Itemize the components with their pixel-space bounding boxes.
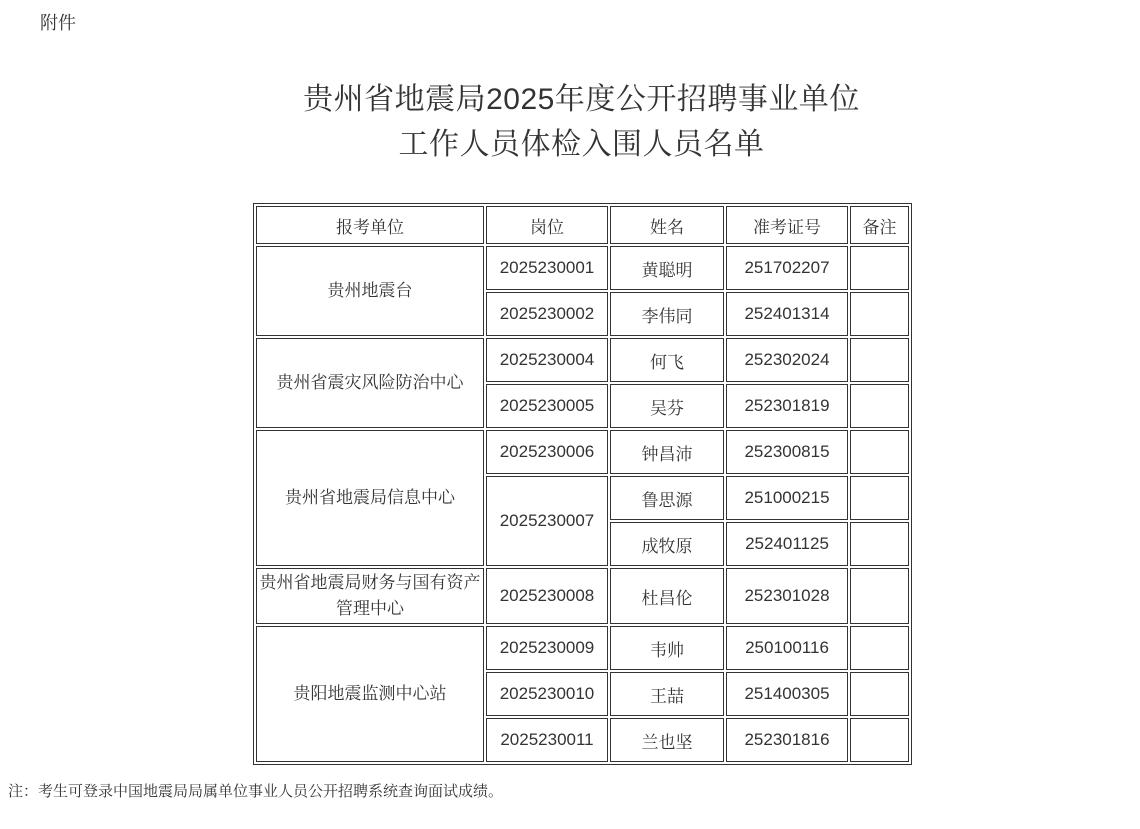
remark-cell — [850, 430, 909, 474]
ticket-cell: 251702207 — [726, 246, 848, 290]
ticket-cell: 252301028 — [726, 568, 848, 624]
unit-cell: 贵阳地震监测中心站 — [256, 626, 484, 762]
name-cell: 王喆 — [610, 672, 724, 716]
post-cell: 2025230007 — [486, 476, 608, 566]
post-cell: 2025230005 — [486, 384, 608, 428]
name-cell: 黄聪明 — [610, 246, 724, 290]
remark-cell — [850, 522, 909, 566]
header-remark: 备注 — [850, 206, 909, 244]
unit-cell: 贵州省地震局信息中心 — [256, 430, 484, 566]
footnote: 注：考生可登录中国地震局局属单位事业人员公开招聘系统查询面试成绩。 — [8, 780, 503, 801]
unit-cell: 贵州省震灾风险防治中心 — [256, 338, 484, 428]
remark-cell — [850, 338, 909, 382]
post-cell: 2025230004 — [486, 338, 608, 382]
table-row: 贵阳地震监测中心站 2025230009 韦帅 250100116 — [256, 626, 909, 670]
name-cell: 成牧原 — [610, 522, 724, 566]
post-cell: 2025230010 — [486, 672, 608, 716]
remark-cell — [850, 568, 909, 624]
post-cell: 2025230009 — [486, 626, 608, 670]
name-cell: 吴芬 — [610, 384, 724, 428]
post-cell: 2025230008 — [486, 568, 608, 624]
remark-cell — [850, 718, 909, 762]
name-cell: 韦帅 — [610, 626, 724, 670]
attachment-label: 附件 — [40, 9, 76, 35]
document-title-line1: 贵州省地震局2025年度公开招聘事业单位 — [253, 77, 910, 122]
post-cell: 2025230002 — [486, 292, 608, 336]
remark-cell — [850, 626, 909, 670]
unit-cell: 贵州地震台 — [256, 246, 484, 336]
header-ticket: 准考证号 — [726, 206, 848, 244]
header-name: 姓名 — [610, 206, 724, 244]
post-cell: 2025230001 — [486, 246, 608, 290]
unit-cell: 贵州省地震局财务与国有资产管理中心 — [256, 568, 484, 624]
table-row: 贵州省地震局财务与国有资产管理中心 2025230008 杜昌伦 2523010… — [256, 568, 909, 624]
table-header-row: 报考单位 岗位 姓名 准考证号 备注 — [256, 206, 909, 244]
name-cell: 兰也坚 — [610, 718, 724, 762]
table-row: 贵州省震灾风险防治中心 2025230004 何飞 252302024 — [256, 338, 909, 382]
table-row: 贵州省地震局信息中心 2025230006 钟昌沛 252300815 — [256, 430, 909, 474]
ticket-cell: 251400305 — [726, 672, 848, 716]
ticket-cell: 252401125 — [726, 522, 848, 566]
remark-cell — [850, 384, 909, 428]
name-cell: 杜昌伦 — [610, 568, 724, 624]
name-cell: 鲁思源 — [610, 476, 724, 520]
remark-cell — [850, 672, 909, 716]
ticket-cell: 252302024 — [726, 338, 848, 382]
post-cell: 2025230006 — [486, 430, 608, 474]
remark-cell — [850, 246, 909, 290]
document-title-line2: 工作人员体检入围人员名单 — [253, 122, 910, 167]
roster-table: 报考单位 岗位 姓名 准考证号 备注 贵州地震台 2025230001 黄聪明 … — [253, 203, 912, 765]
table-row: 贵州地震台 2025230001 黄聪明 251702207 — [256, 246, 909, 290]
name-cell: 何飞 — [610, 338, 724, 382]
ticket-cell: 252301819 — [726, 384, 848, 428]
ticket-cell: 252300815 — [726, 430, 848, 474]
ticket-cell: 252301816 — [726, 718, 848, 762]
name-cell: 李伟同 — [610, 292, 724, 336]
ticket-cell: 250100116 — [726, 626, 848, 670]
header-unit: 报考单位 — [256, 206, 484, 244]
header-post: 岗位 — [486, 206, 608, 244]
post-cell: 2025230011 — [486, 718, 608, 762]
remark-cell — [850, 476, 909, 520]
name-cell: 钟昌沛 — [610, 430, 724, 474]
ticket-cell: 251000215 — [726, 476, 848, 520]
document-title: 贵州省地震局2025年度公开招聘事业单位 工作人员体检入围人员名单 — [253, 77, 910, 167]
ticket-cell: 252401314 — [726, 292, 848, 336]
remark-cell — [850, 292, 909, 336]
